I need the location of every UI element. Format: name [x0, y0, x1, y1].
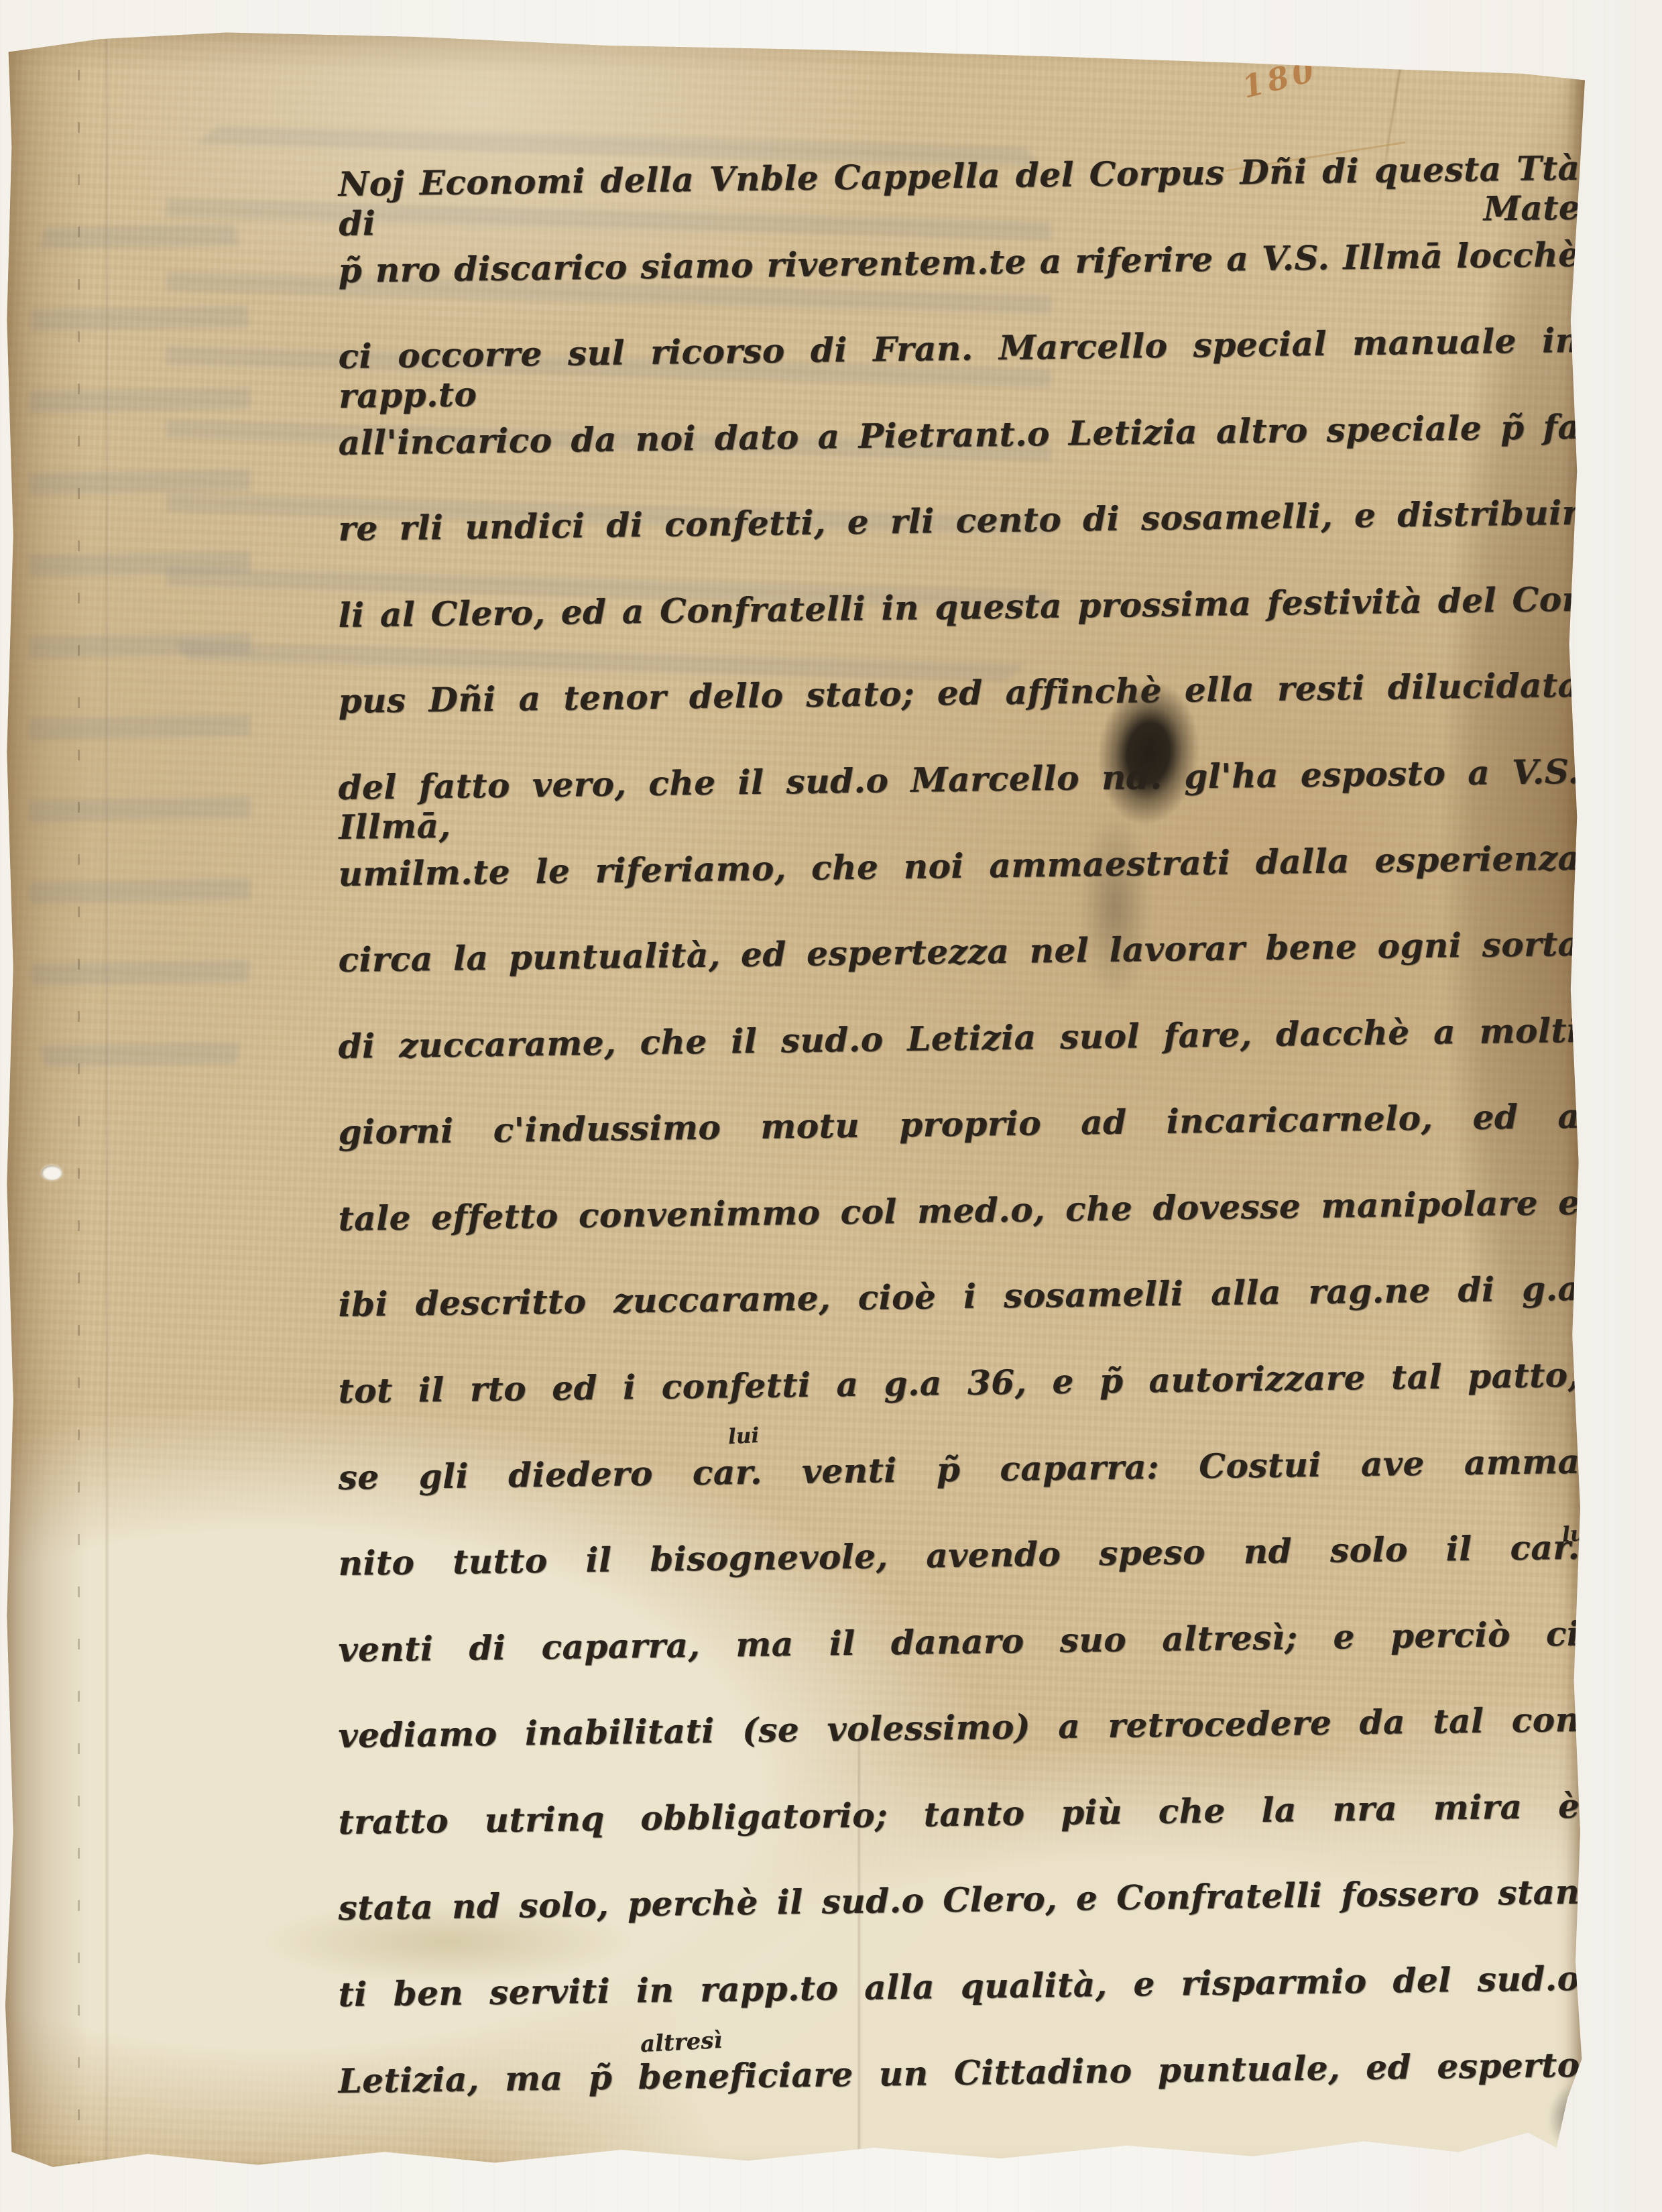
manuscript-line: ti ben serviti in rapp.to alla qualità, …: [338, 1959, 1580, 2054]
manuscript-line: tale effetto convenimmo col med.o, che d…: [338, 1183, 1580, 1278]
manuscript-line: nito tutto il bisognevole, avendo speso …: [338, 1527, 1580, 1623]
manuscript-line: stata nd solo, perchè il sud.o Clero, e …: [338, 1872, 1580, 1967]
manuscript-line: se gli diedero car. venti p̃ caparra: Co…: [338, 1442, 1580, 1537]
scanner-background: 180 Noj Economi della Vnble Cappella del…: [0, 0, 1662, 2212]
manuscript-line: re rli undici di confetti, e rli cento d…: [338, 493, 1580, 588]
manuscript-line: circa la puntualità, ed espertezza nel l…: [338, 924, 1580, 1019]
stitch-marks: [78, 17, 80, 2178]
manuscript-line: Noj Economi della Vnble Cappella del Cor…: [338, 148, 1580, 243]
folio-number: 180: [1238, 52, 1321, 105]
manuscript-line: del fatto vero, che il sud.o Marcello nd…: [338, 752, 1580, 847]
manuscript-line: ibi descritto zuccarame, cioè i sosamell…: [338, 1269, 1580, 1364]
manuscript-line: Letizia, ma p̃ beneficiare un Cittadino …: [338, 2045, 1580, 2140]
manuscript-line: all'incarico da noi dato a Pietrant.o Le…: [338, 407, 1580, 502]
manuscript-line: tot il rto ed i confetti a g.a 36, e p̃ …: [338, 1355, 1580, 1450]
insertion-altresi: altresì: [640, 2027, 723, 2058]
fold-crease-left: [106, 17, 109, 2178]
paper-hole: [42, 1165, 62, 1180]
manuscript-line: venti di caparra, ma il danaro suo altre…: [338, 1614, 1580, 1709]
manuscript-page: 180 Noj Economi della Vnble Cappella del…: [5, 17, 1585, 2178]
manuscript-line: di zuccarame, che il sud.o Letizia suol …: [338, 1010, 1580, 1106]
manuscript-line: giorni c'indussimo motu proprio ad incar…: [338, 1096, 1580, 1191]
manuscript-line: pus Dñi a tenor dello stato; ed affinchè…: [338, 665, 1580, 760]
manuscript-line: li al Clero, ed a Confratelli in questa …: [338, 579, 1580, 675]
manuscript-line: ci occorre sul ricorso di Fran. Marcello…: [338, 321, 1580, 416]
manuscript-line: vediamo inabilitati (se volessimo) a ret…: [338, 1700, 1580, 1795]
binding-edge: [5, 17, 89, 2178]
insertion-lui-2: lui: [1561, 1521, 1594, 1547]
manuscript-line: p̃ nro discarico siamo riverentem.te a r…: [338, 235, 1580, 330]
manuscript-line: umilm.te le riferiamo, che noi ammaestra…: [338, 838, 1580, 933]
manuscript-line: tratto utrinq obbligatorio; tanto più ch…: [338, 1786, 1580, 1881]
insertion-lui-1: lui: [727, 1423, 760, 1449]
